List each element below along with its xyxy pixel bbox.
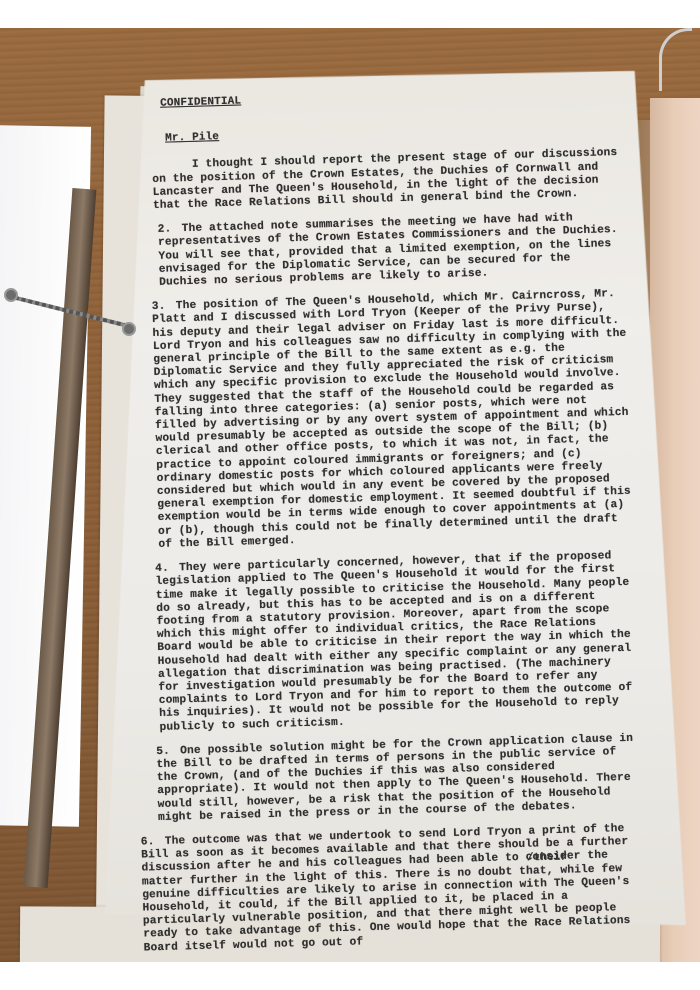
paragraph-number: 6. <box>141 836 165 850</box>
paragraph-number: 5. <box>156 745 180 759</box>
paragraph-number: 4. <box>155 562 179 576</box>
addressee-heading: Mr. Pile <box>165 120 621 146</box>
catchword: /their <box>527 852 568 865</box>
paragraph-number: 2. <box>158 223 182 237</box>
paragraph-4: 4.They were particularly concerned, howe… <box>155 550 638 735</box>
treasury-tag-end-icon <box>4 288 18 302</box>
paragraph-number: 3. <box>152 301 176 315</box>
bottom-margin <box>0 962 700 990</box>
paragraph-5: 5.One possible solution might be for the… <box>156 732 640 825</box>
paragraph-2: 2.The attached note summarises the meeti… <box>158 211 626 290</box>
paragraph-3: 3.The position of The Queen's Household,… <box>152 288 633 552</box>
paragraph-1: I thought I should report the present st… <box>152 147 623 213</box>
cable <box>659 28 692 91</box>
memo-text: CONFIDENTIAL Mr. Pile I thought I should… <box>150 85 644 966</box>
paragraph-6: 6.The outcome was that we undertook to s… <box>141 823 644 956</box>
treasury-tag-end-icon <box>122 322 136 336</box>
